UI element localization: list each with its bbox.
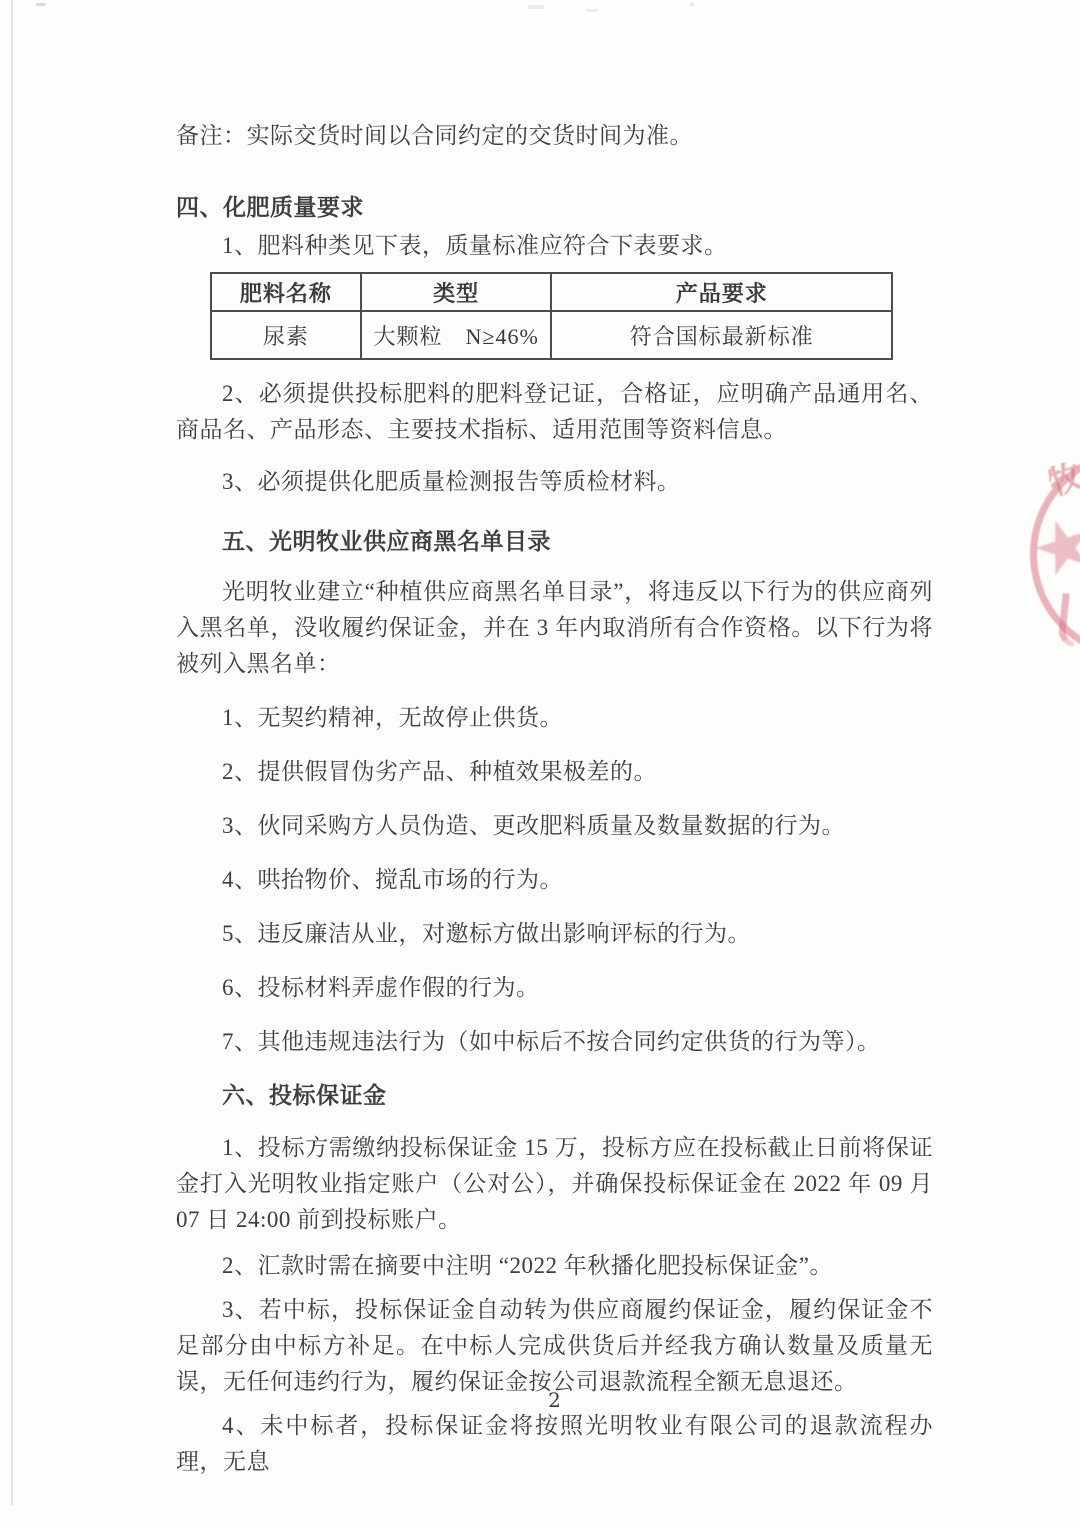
scan-speck <box>528 5 544 9</box>
scanned-document-page: { "document": { "note": "备注：实际交货时间以合同约定的… <box>0 0 1080 1526</box>
table-header-fertilizer-name: 肥料名称 <box>211 273 361 311</box>
blacklist-item-4: 4、哄抬物价、搅乱市场的行为。 <box>176 862 933 898</box>
section5-intro: 光明牧业建立“种植供应商黑名单目录”，将违反以下行为的供应商列入黑名单，没收履约… <box>176 574 933 682</box>
stamp-character: 牧 <box>1042 450 1080 505</box>
stamp-star-icon: ★ <box>1028 516 1080 581</box>
table-row: 尿素 大颗粒 N≥46% 符合国标最新标准 <box>211 311 892 359</box>
page-number: 2 <box>176 1388 933 1412</box>
official-seal-stamp: 牧 ★ <box>1028 438 1080 670</box>
document-body: 备注：实际交货时间以合同约定的交货时间为准。 四、化肥质量要求 1、肥料种类见下… <box>176 118 933 1480</box>
blacklist-item-7: 7、其他违规违法行为（如中标后不按合同约定供货的行为等）。 <box>176 1024 933 1060</box>
section4-heading: 四、化肥质量要求 <box>176 190 933 226</box>
table-cell-fertilizer-name: 尿素 <box>211 311 361 359</box>
remark-line: 备注：实际交货时间以合同约定的交货时间为准。 <box>176 118 933 154</box>
fertilizer-spec-table: 肥料名称 类型 产品要求 尿素 大颗粒 N≥46% 符合国标最新标准 <box>210 272 893 360</box>
scan-speck <box>36 3 46 6</box>
section5-heading: 五、光明牧业供应商黑名单目录 <box>176 524 933 560</box>
section4-item3: 3、必须提供化肥质量检测报告等质检材料。 <box>176 464 933 500</box>
table-header-type: 类型 <box>361 273 552 311</box>
blacklist-item-2: 2、提供假冒伪劣产品、种植效果极差的。 <box>176 754 933 790</box>
blacklist-item-3: 3、伙同采购方人员伪造、更改肥料质量及数量数据的行为。 <box>176 808 933 844</box>
bid-bond-item-4: 4、未中标者，投标保证金将按照光明牧业有限公司的退款流程办理，无息 <box>176 1408 933 1480</box>
stamp-ring-icon <box>1030 448 1080 660</box>
section4-item1: 1、肥料种类见下表，质量标准应符合下表要求。 <box>176 228 933 264</box>
bid-bond-item-1: 1、投标方需缴纳投标保证金 15 万，投标方应在投标截止日前将保证金打入光明牧业… <box>176 1130 933 1238</box>
table-header-row: 肥料名称 类型 产品要求 <box>211 273 892 311</box>
blacklist-item-1: 1、无契约精神，无故停止供货。 <box>176 700 933 736</box>
stamp-stroke-mark <box>1057 593 1078 646</box>
scan-speck <box>586 9 598 12</box>
section4-item2: 2、必须提供投标肥料的肥料登记证，合格证，应明确产品通用名、商品名、产品形态、主… <box>176 376 933 448</box>
scan-edge-line <box>11 0 13 1505</box>
bid-bond-item-3: 3、若中标，投标保证金自动转为供应商履约保证金，履约保证金不足部分由中标方补足。… <box>176 1292 933 1400</box>
table-cell-type: 大颗粒 N≥46% <box>361 311 552 359</box>
scan-speck <box>690 2 694 7</box>
blacklist-item-6: 6、投标材料弄虚作假的行为。 <box>176 970 933 1006</box>
bid-bond-item-2: 2、汇款时需在摘要中注明 “2022 年秋播化肥投标保证金”。 <box>176 1248 933 1284</box>
section6-heading: 六、投标保证金 <box>176 1078 933 1114</box>
table-header-product-requirement: 产品要求 <box>551 273 892 311</box>
table-cell-product-requirement: 符合国标最新标准 <box>551 311 892 359</box>
blacklist-item-5: 5、违反廉洁从业，对邀标方做出影响评标的行为。 <box>176 916 933 952</box>
